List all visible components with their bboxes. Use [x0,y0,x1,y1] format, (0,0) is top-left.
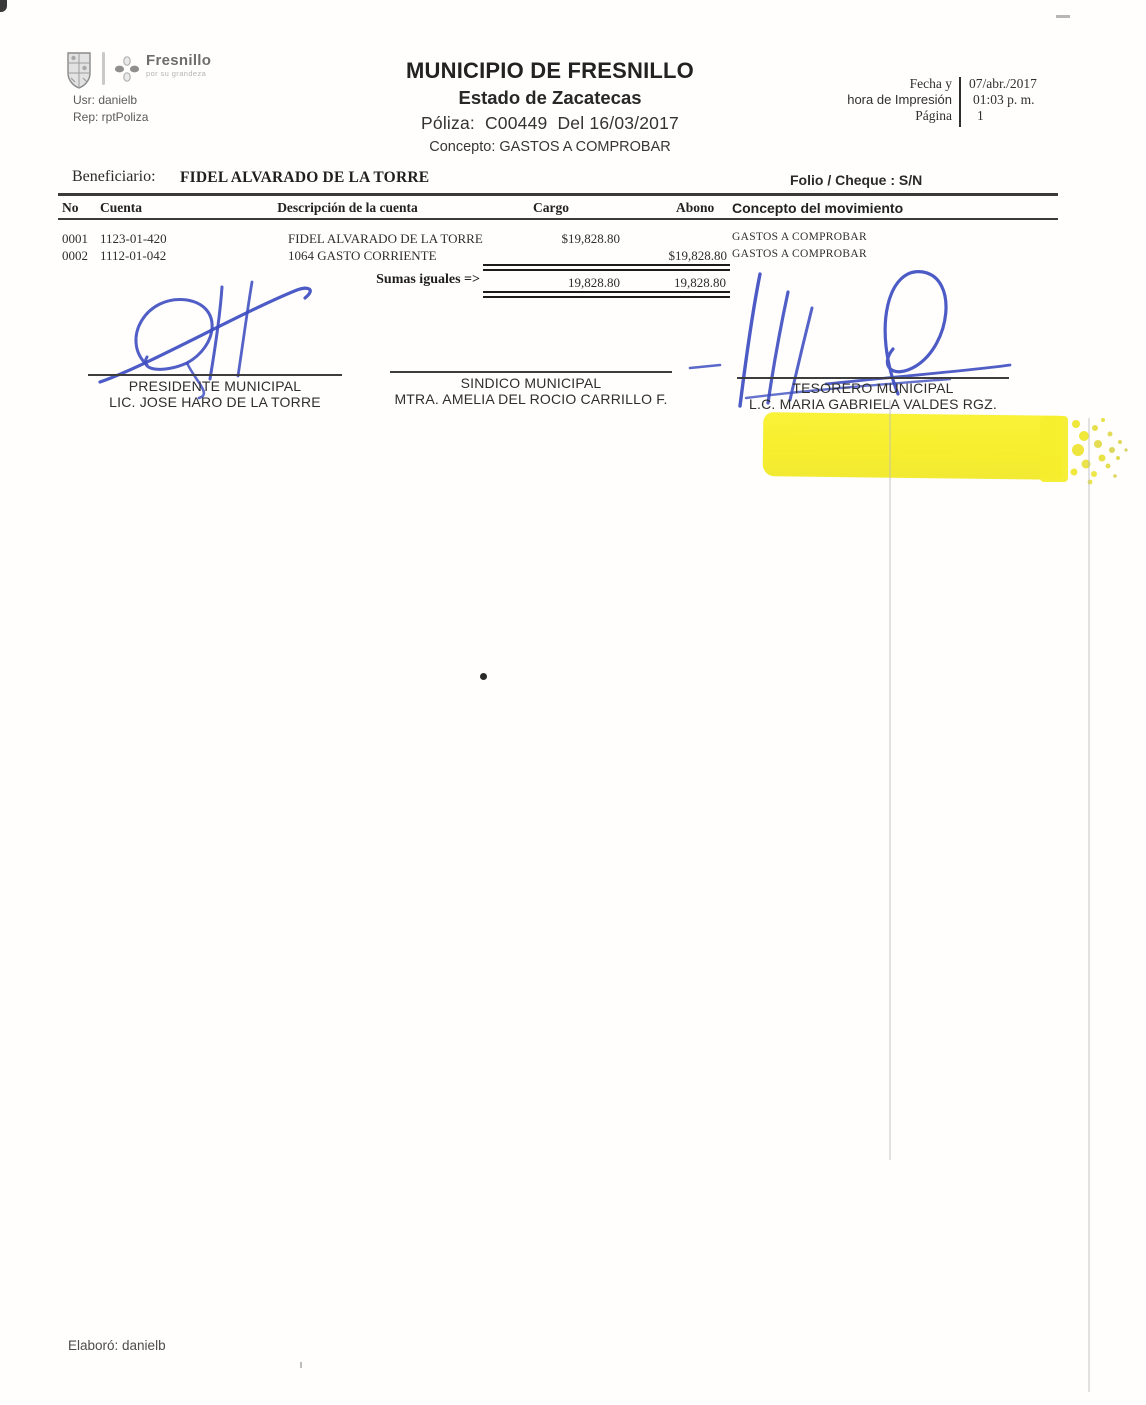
print-info-label-1: Fecha y [828,76,952,92]
shield-icon [64,50,94,95]
beneficiario-name: FIDEL ALVARADO DE LA TORRE [180,169,429,187]
table-header-row: No Cuenta Descripción de la cuenta Cargo… [0,200,1146,218]
row-cuenta: 1123-01-420 [100,231,220,247]
print-info-label-2: hora de Impresión [828,92,952,108]
row-cargo: $19,828.80 [500,231,620,247]
signature-title: PRESIDENTE MUNICIPAL [70,378,360,394]
scan-edge-artifact [0,0,7,12]
logo-divider [102,52,105,85]
scan-speck [480,673,487,680]
signature-title: SINDICO MUNICIPAL [376,375,686,391]
print-info-divider [959,77,961,127]
scan-edge-artifact [1056,15,1070,18]
poliza-number: C00449 [485,113,548,133]
totals-cargo: 19,828.80 [500,275,620,291]
folio-cheque: Folio / Cheque : S/N [790,172,1050,188]
row-concepto: GASTOS A COMPROBAR [732,231,1022,243]
document-subtitle: Estado de Zacatecas [330,87,770,109]
brand-name: Fresnillo [146,53,211,68]
row-descripcion: 1064 GASTO CORRIENTE [288,248,558,264]
row-no: 0001 [62,231,102,247]
brand-tagline: por su grandeza [146,69,211,78]
print-info-label-3: Página [828,108,952,124]
municipal-logo: Fresnillo por su grandeza [64,50,304,94]
col-header-concepto: Concepto del movimiento [732,200,1022,216]
yellow-highlighter-mark [763,412,1064,480]
presidente-signature-line [88,374,342,376]
poliza-date: Del 16/03/2017 [557,113,679,133]
elaboro-note: Elaboró: danielb [68,1338,166,1353]
col-header-cargo: Cargo [505,200,597,216]
scan-speck [300,1362,302,1368]
document-title: MUNICIPIO DE FRESNILLO [330,58,770,84]
signature-name: L.C. MARIA GABRIELA VALDES RGZ. [718,396,1028,412]
fold-crease [1088,418,1090,1392]
col-header-no: No [62,200,102,216]
tesorero-signature-line [737,377,1009,379]
print-info-box: Fecha y hora de Impresión Página 07/abr.… [828,76,1128,127]
table-header-bottom-rule [58,218,1058,220]
table-row: 0001 1123-01-420 FIDEL ALVARADO DE LA TO… [0,231,1146,248]
scanned-poliza-document: Fresnillo por su grandeza Usr: danielb R… [0,0,1146,1405]
row-no: 0002 [62,248,102,264]
signature-name: MTRA. AMELIA DEL ROCIO CARRILLO F. [376,391,686,407]
table-top-rule [58,193,1058,196]
signature-name: LIC. JOSE HARO DE LA TORRE [70,394,360,410]
poliza-line: Póliza:C00449Del 16/03/2017 [330,113,770,134]
col-header-abono: Abono [676,200,716,216]
beneficiario-label: Beneficiario: [72,168,156,186]
row-cuenta: 1112-01-042 [100,248,220,264]
print-time: 01:03 p. m. [969,92,1037,108]
print-page: 1 [969,108,1037,124]
report-label: Rep: rptPoliza [73,109,148,126]
sindico-signature-line [390,371,672,373]
col-header-descripcion: Descripción de la cuenta [255,200,440,216]
print-date: 07/abr./2017 [969,76,1037,92]
signature-title: TESORERO MUNICIPAL [718,380,1028,396]
flower-icon [114,56,140,87]
poliza-label: Póliza: [421,113,475,133]
concepto-line: Concepto: GASTOS A COMPROBAR [330,139,770,155]
highlighter-fade-speckle [1040,410,1146,490]
fold-crease [889,400,891,1160]
user-label: Usr: danielb [73,92,148,109]
col-header-cuenta: Cuenta [100,200,220,216]
